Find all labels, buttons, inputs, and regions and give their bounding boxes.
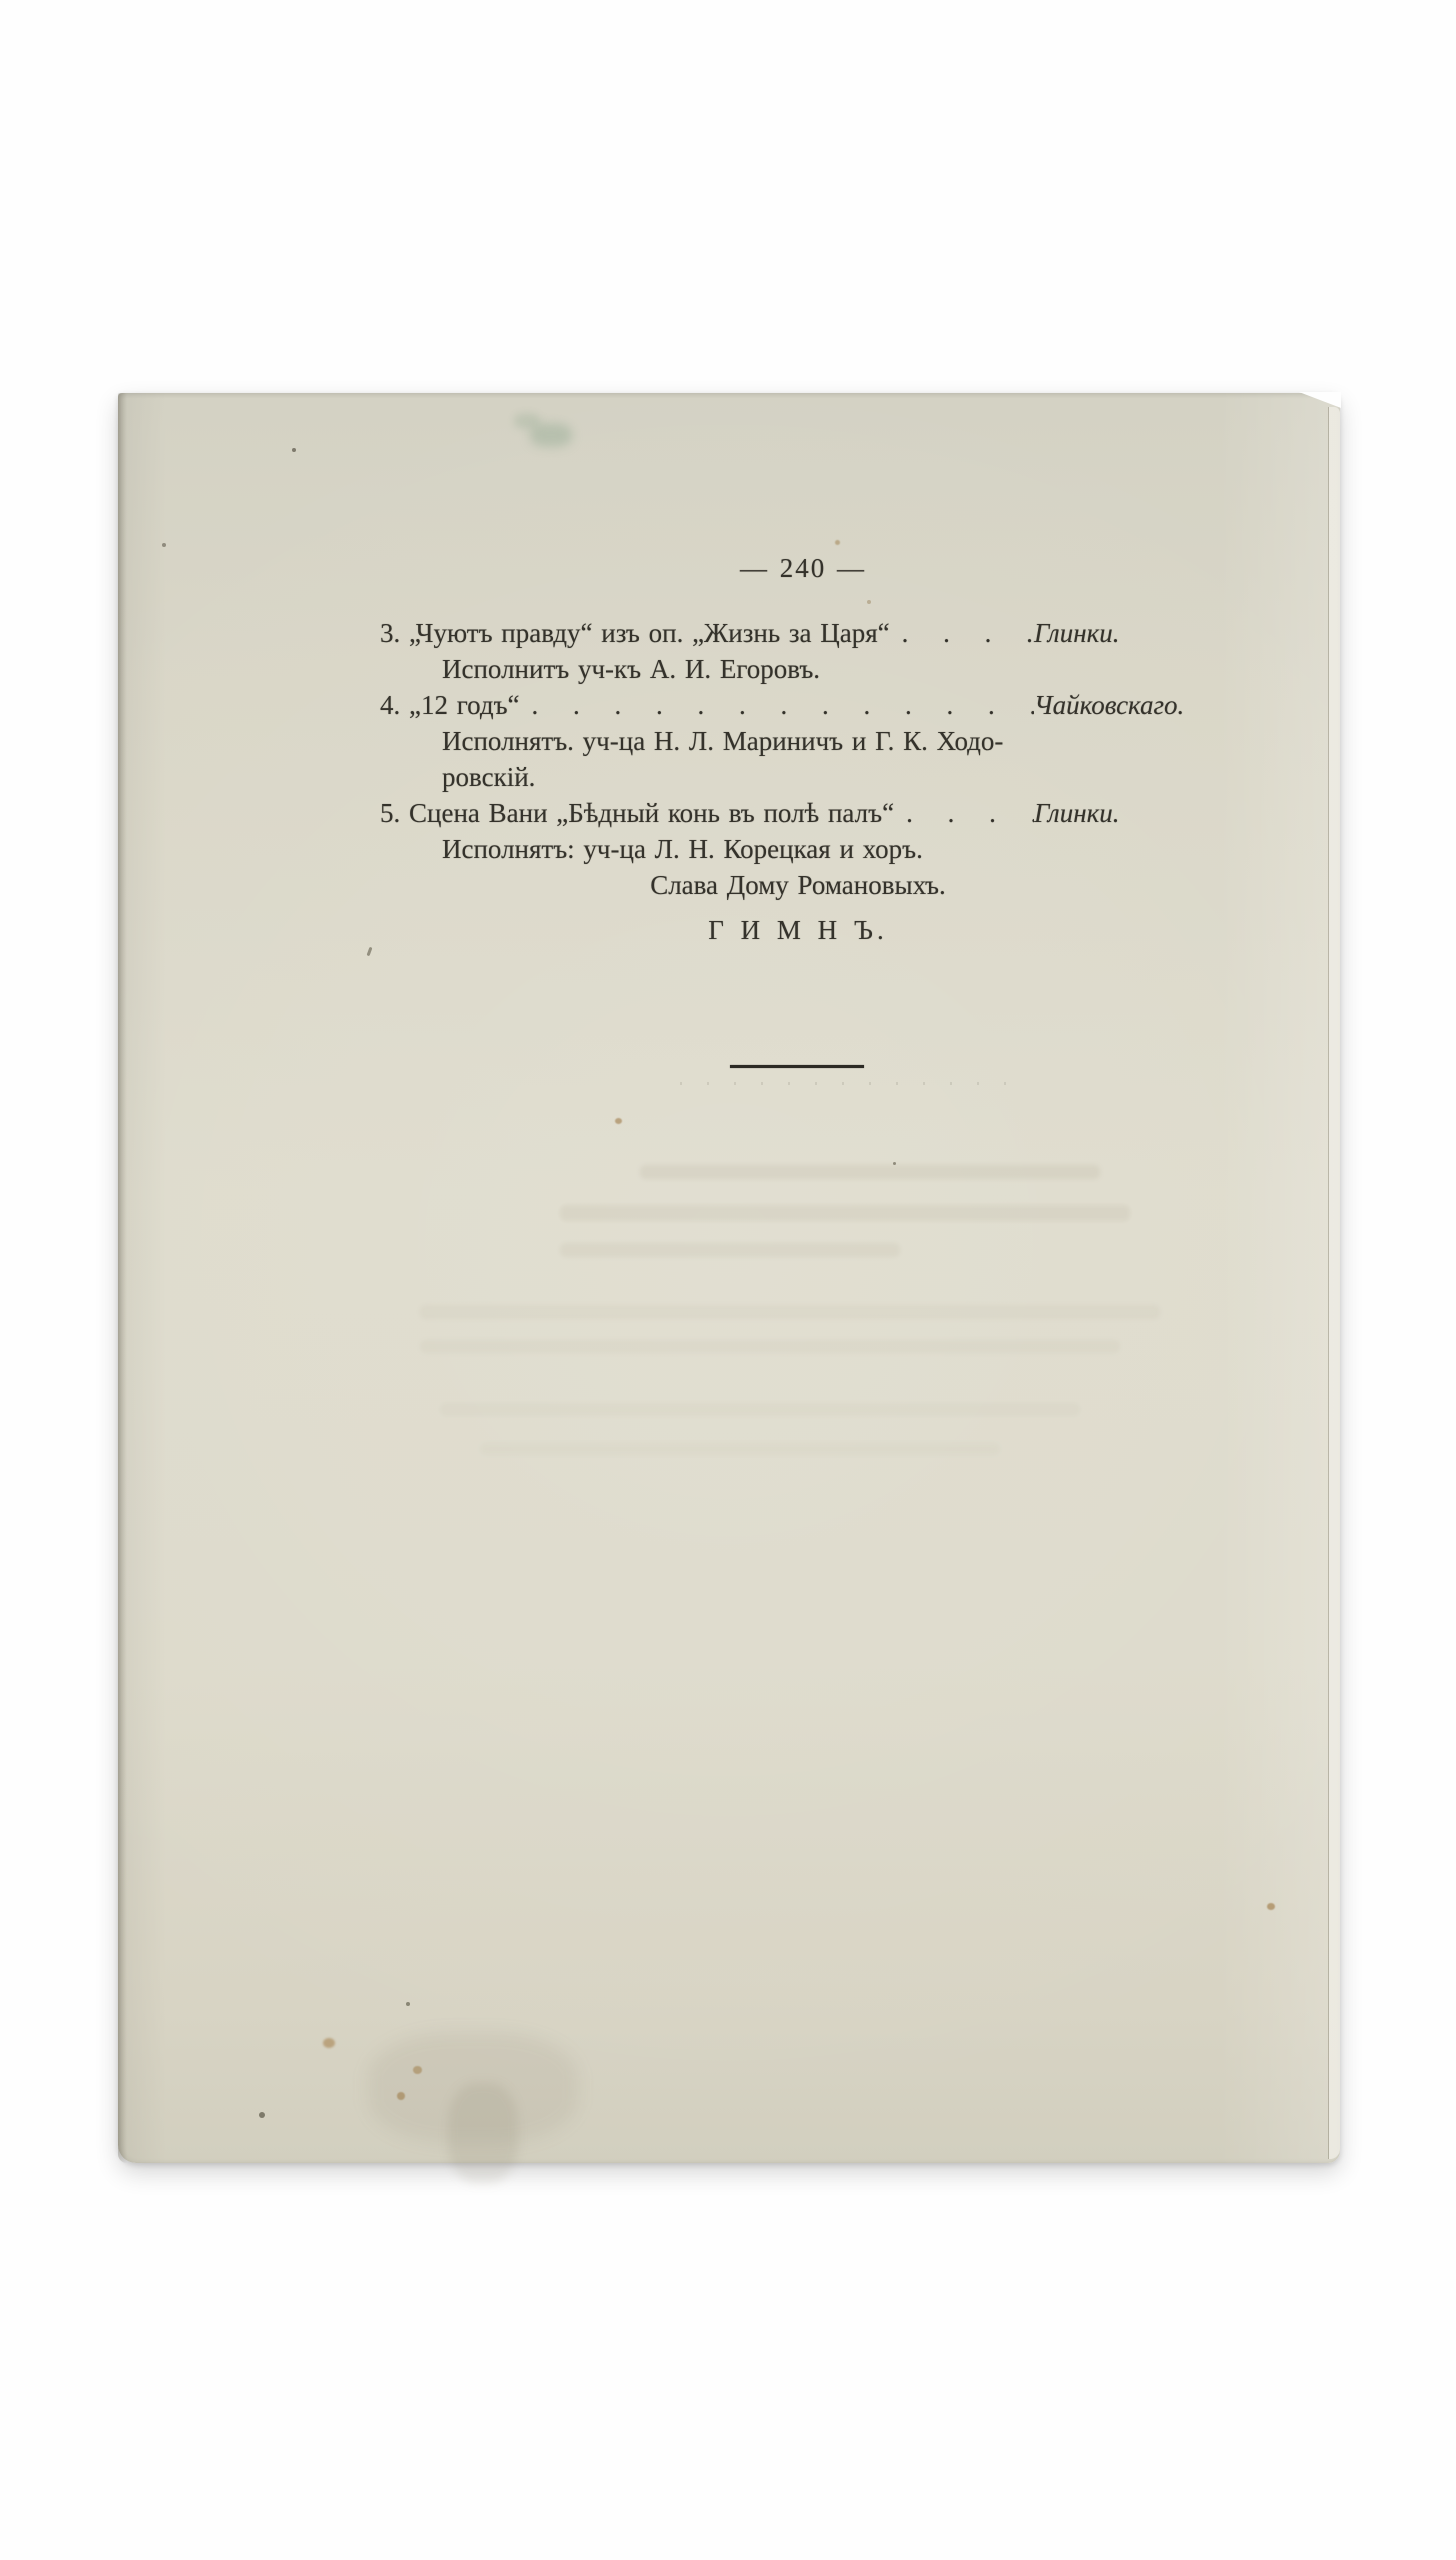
- show-through-smudge: [560, 1205, 1130, 1221]
- program-item-title: 3. „Чуютъ правду“ изъ оп. „Жизнь за Царя…: [380, 615, 890, 651]
- foxing-spot: [292, 448, 296, 452]
- foxing-spot: [615, 1118, 622, 1124]
- program-item-continuation: ровскій.: [380, 759, 1186, 795]
- foxing-spot: [259, 2112, 265, 2118]
- foxing-spot: [1267, 1903, 1275, 1910]
- separator-rule: [730, 1065, 864, 1068]
- dedication-line: Слава Дому Романовыхъ.: [380, 867, 1186, 903]
- show-through-smudge: [440, 1403, 1080, 1416]
- foxing-spot: [893, 1162, 896, 1165]
- book-page: — 240 — 3. „Чуютъ правду“ изъ оп. „Жизнь…: [118, 393, 1340, 2163]
- program-item-continuation: Исполнятъ. уч-ца Н. Л. Мариничъ и Г. К. …: [380, 723, 1186, 759]
- page-number: — 240 —: [380, 550, 1186, 586]
- composer-name: Глинки.: [1034, 615, 1186, 651]
- program-item: 4. „12 годъ“ . . . . . . . . . . . . . .…: [380, 687, 1186, 723]
- page-left-edge: [118, 393, 127, 2163]
- dirt-smudge: [448, 2083, 518, 2183]
- composer-name: Чайковскаго.: [1034, 687, 1186, 723]
- scan-background: — 240 — 3. „Чуютъ правду“ изъ оп. „Жизнь…: [0, 0, 1456, 2560]
- show-through-smudge: [480, 1443, 1000, 1455]
- program-item-title: 5. Сцена Вани „Бѣдный конь въ полѣ палъ“: [380, 795, 894, 831]
- foxing-spot: [162, 543, 166, 547]
- composer-name: Глинки.: [1034, 795, 1186, 831]
- foxing-spot: [397, 2092, 405, 2100]
- foxing-spot: [406, 2002, 410, 2006]
- program-item-title: 4. „12 годъ“: [380, 687, 520, 723]
- leader-dots: . . . . . . . .: [890, 615, 1034, 651]
- foxing-spot: [413, 2066, 422, 2074]
- show-through-smudge: [640, 1165, 1100, 1179]
- ink-fleck: [367, 947, 373, 956]
- show-through-smudge: [560, 1243, 900, 1257]
- program-list: 3. „Чуютъ правду“ изъ оп. „Жизнь за Царя…: [380, 615, 1186, 867]
- show-through-smudge: [420, 1340, 1120, 1353]
- leader-dots: . . . . . . . .: [894, 795, 1034, 831]
- page-corner-cut: [1299, 392, 1341, 408]
- show-through-smudge: [420, 1305, 1160, 1319]
- stain-green: [514, 413, 540, 429]
- program-item: 5. Сцена Вани „Бѣдный конь въ полѣ палъ“…: [380, 795, 1186, 831]
- page-fore-edge: [1328, 407, 1340, 2159]
- printed-text-block: — 240 — 3. „Чуютъ правду“ изъ оп. „Жизнь…: [380, 550, 1186, 948]
- foxing-spot: [323, 2038, 335, 2048]
- program-item-continuation: Исполнитъ уч-къ А. И. Егоровъ.: [380, 651, 1186, 687]
- hymn-line: Г И М Н Ъ.: [380, 912, 1186, 948]
- show-through-dots: [680, 1082, 1010, 1085]
- program-item-continuation: Исполнятъ: уч-ца Л. Н. Корецкая и хоръ.: [380, 831, 1186, 867]
- foxing-spot: [835, 540, 840, 545]
- leader-dots: . . . . . . . . . . . . . . . . . . . . …: [520, 687, 1034, 723]
- program-item: 3. „Чуютъ правду“ изъ оп. „Жизнь за Царя…: [380, 615, 1186, 651]
